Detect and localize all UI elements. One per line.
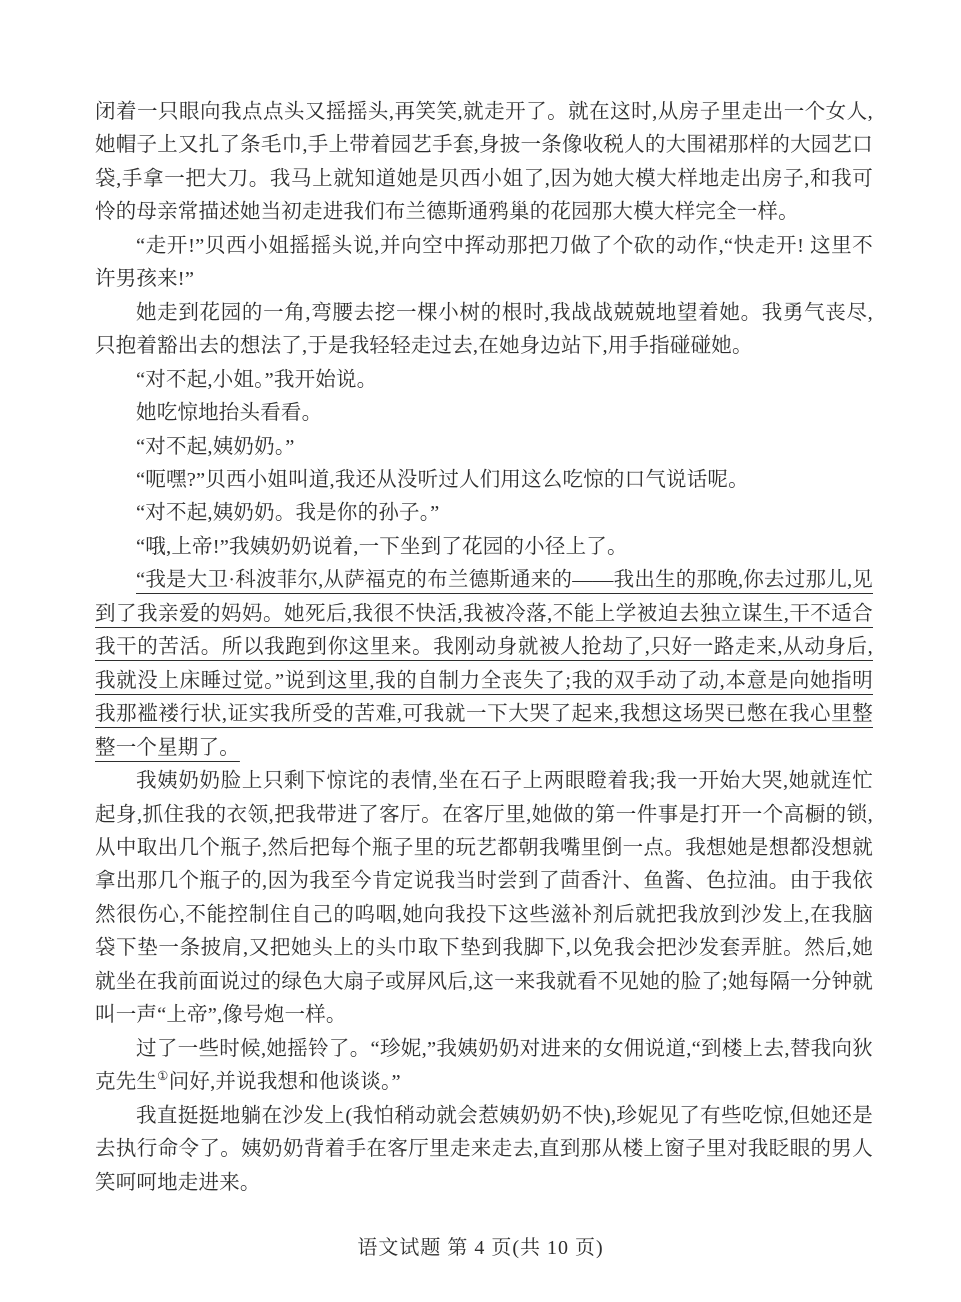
body-paragraph: 过了一些时候,她摇铃了。“珍妮,”我姨奶奶对进来的女佣说道,“到楼上去,替我向狄… — [95, 1033, 873, 1100]
body-paragraph: 闭着一只眼向我点点头又摇摇头,再笑笑,就走开了。就在这时,从房子里走出一个女人,… — [95, 96, 873, 230]
body-paragraph: 她走到花园的一角,弯腰去挖一棵小树的根时,我战战兢兢地望着她。我勇气丧尽,只抱着… — [95, 297, 873, 364]
body-paragraph: “呃嘿?”贝西小姐叫道,我还从没听过人们用这么吃惊的口气说话呢。 — [95, 464, 873, 497]
body-paragraph: 我姨奶奶脸上只剩下惊诧的表情,坐在石子上两眼瞪着我;我一开始大哭,她就连忙起身,… — [95, 765, 873, 1033]
page-footer: 语文试题 第 4 页(共 10 页) — [0, 1231, 961, 1260]
body-paragraph: “走开!”贝西小姐摇摇头说,并向空中挥动那把刀做了个砍的动作,“快走开! 这里不… — [95, 230, 873, 297]
body-paragraph: 她吃惊地抬头看看。 — [95, 397, 873, 430]
body-paragraph: “对不起,姨奶奶。” — [95, 431, 873, 464]
underlined-passage: “我是大卫·科波菲尔,从萨福克的布兰德斯通来的——我出生的那晚,你去过那儿,见到… — [95, 564, 873, 765]
document-page: 闭着一只眼向我点点头又摇摇头,再笑笑,就走开了。就在这时,从房子里走出一个女人,… — [0, 0, 961, 1302]
body-paragraph: “对不起,姨奶奶。我是你的孙子。” — [95, 497, 873, 530]
body-paragraph: 我直挺挺地躺在沙发上(我怕稍动就会惹姨奶奶不快),珍妮见了有些吃惊,但她还是去执… — [95, 1100, 873, 1200]
passage-text: 闭着一只眼向我点点头又摇摇头,再笑笑,就走开了。就在这时,从房子里走出一个女人,… — [95, 96, 873, 1200]
body-paragraph: “哦,上帝!”我姨奶奶说着,一下坐到了花园的小径上了。 — [95, 531, 873, 564]
body-paragraph: “对不起,小姐。”我开始说。 — [95, 364, 873, 397]
footnote-marker: ① — [157, 1069, 169, 1083]
paragraph-segment: 问好,并说我想和他谈谈。” — [169, 1071, 401, 1093]
